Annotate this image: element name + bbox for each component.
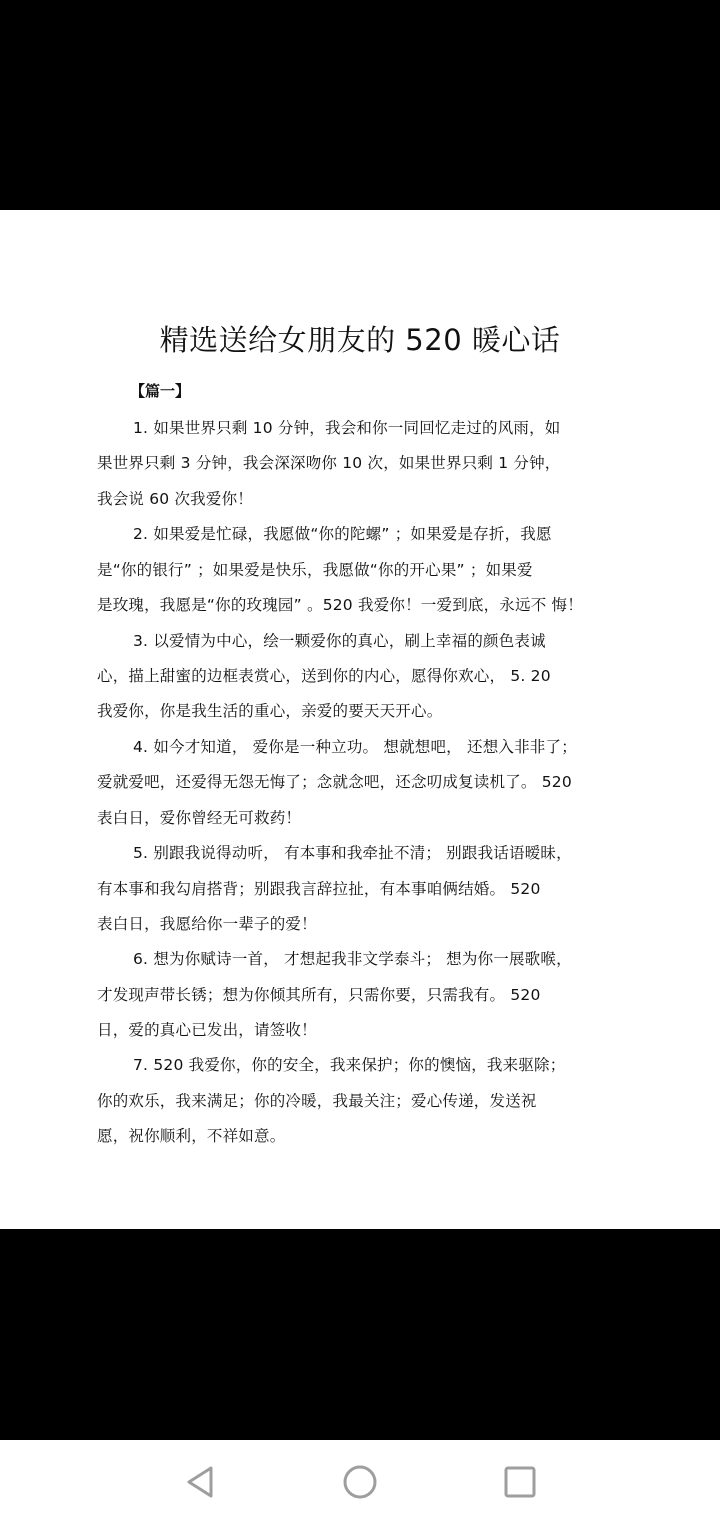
text-line: 5. 别跟我说得动听， 有本事和我牵扯不清； 别跟我话语暧昧， bbox=[133, 841, 572, 863]
text-line: 愿，祝你顺利，不祥如意。 bbox=[97, 1124, 285, 1146]
text-line: 3. 以爱情为中心，绘一颗爱你的真心，刷上幸福的颜色表诚 bbox=[133, 629, 546, 651]
text-line: 7. 520 我爱你，你的安全，我来保护；你的懊恼，我来驱除； bbox=[133, 1053, 565, 1075]
recents-square-icon bbox=[503, 1465, 537, 1499]
document-page[interactable]: 精选送给女朋友的 520 暖心话 【篇一】 1. 如果世界只剩 10 分钟，我会… bbox=[0, 210, 720, 1229]
text-line: 果世界只剩 3 分钟，我会深深吻你 10 次，如果世界只剩 1 分钟， bbox=[97, 451, 561, 473]
document-title: 精选送给女朋友的 520 暖心话 bbox=[0, 318, 720, 359]
text-line: 6. 想为你赋诗一首， 才想起我非文学泰斗； 想为你一展歌喉， bbox=[133, 947, 572, 969]
system-navigation-bar bbox=[0, 1440, 720, 1520]
text-line: 表白日，我愿给你一辈子的爱！ bbox=[97, 912, 317, 934]
text-line: 2. 如果爱是忙碌，我愿做“你的陀螺” ；如果爱是存折，我愿 bbox=[133, 522, 552, 544]
section-heading: 【篇一】 bbox=[130, 380, 190, 401]
home-circle-icon bbox=[342, 1464, 378, 1500]
text-line: 1. 如果世界只剩 10 分钟，我会和你一同回忆走过的风雨，如 bbox=[133, 416, 561, 438]
text-line: 4. 如今才知道， 爱你是一种立功。 想就想吧， 还想入非非了； bbox=[133, 735, 577, 757]
text-line: 我爱你，你是我生活的重心，亲爱的要天天开心。 bbox=[97, 699, 442, 721]
text-line: 我会说 60 次我爱你！ bbox=[97, 487, 253, 509]
recents-button[interactable] bbox=[500, 1462, 540, 1502]
text-line: 是“你的银行” ；如果爱是快乐，我愿做“你的开心果” ；如果爱 bbox=[97, 558, 533, 580]
text-line: 表白日，爱你曾经无可救药！ bbox=[97, 806, 301, 828]
back-button[interactable] bbox=[180, 1462, 220, 1502]
text-line: 爱就爱吧，还爱得无怨无悔了；念就念吧，还念叨成复读机了。 520 bbox=[97, 770, 572, 792]
text-line: 心，描上甜蜜的边框表赏心，送到你的内心，愿得你欢心， 5. 20 bbox=[97, 664, 551, 686]
text-line: 是玫瑰，我愿是“你的玫瑰园” 。520 我爱你！一爱到底，永远不 悔！ bbox=[97, 593, 583, 615]
text-line: 你的欢乐，我来满足；你的冷暖，我最关注；爱心传递，发送祝 bbox=[97, 1089, 537, 1111]
top-black-area bbox=[0, 0, 720, 210]
text-line: 日，爱的真心已发出，请签收！ bbox=[97, 1018, 317, 1040]
bottom-black-area bbox=[0, 1229, 720, 1440]
back-triangle-icon bbox=[185, 1465, 215, 1499]
home-button[interactable] bbox=[340, 1462, 380, 1502]
text-line: 才发现声带长锈；想为你倾其所有，只需你要，只需我有。 520 bbox=[97, 983, 541, 1005]
text-line: 有本事和我勾肩搭背；别跟我言辞拉扯，有本事咱俩结婚。 520 bbox=[97, 877, 541, 899]
